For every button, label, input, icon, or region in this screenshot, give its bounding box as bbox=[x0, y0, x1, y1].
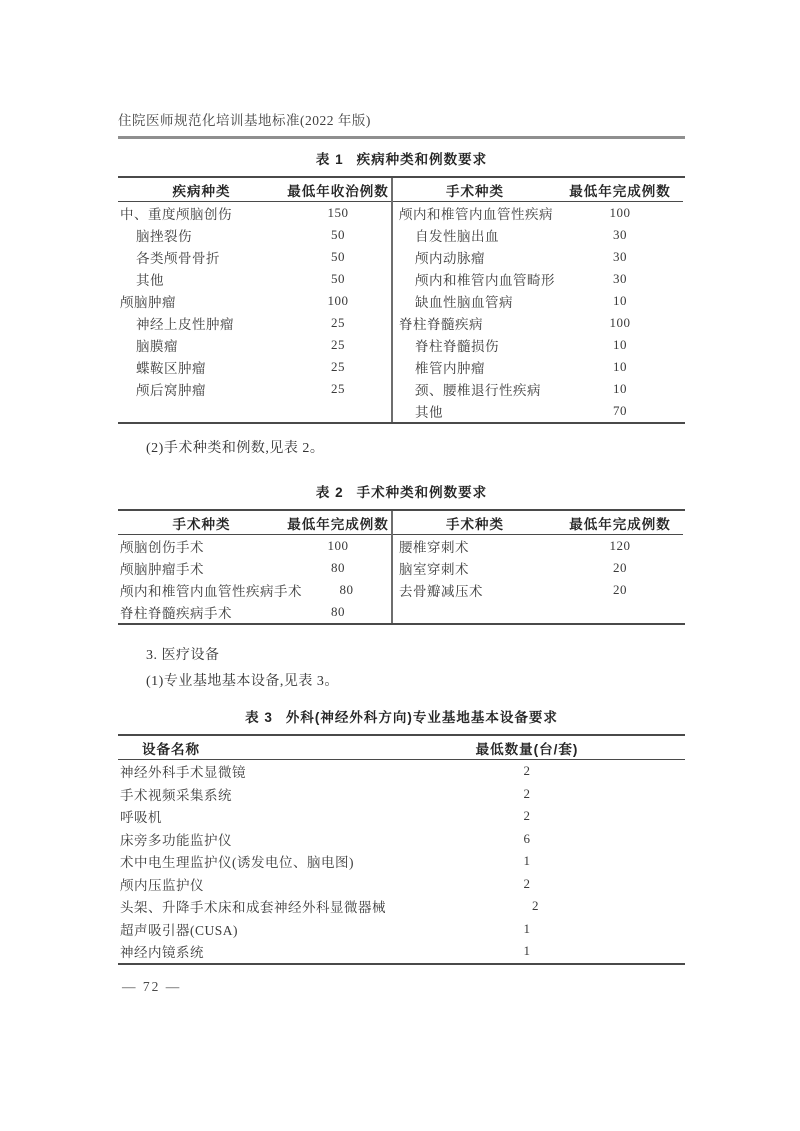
table-row: 颈、腰椎退行性疾病10 bbox=[393, 378, 683, 400]
column-header-min-completed: 最低年完成例数 bbox=[557, 513, 683, 533]
row-value: 2 bbox=[369, 808, 685, 824]
table-row: 脊柱脊髓疾病手术80 bbox=[118, 601, 391, 623]
row-value: 80 bbox=[285, 560, 391, 576]
row-value: 2 bbox=[369, 876, 685, 892]
table1-right-half: 手术种类 最低年完成例数 颅内和椎管内血管性疾病100 自发性脑出血30 颅内动… bbox=[393, 178, 683, 422]
row-value: 25 bbox=[285, 359, 391, 375]
section-heading-equipment: 3. 医疗设备 bbox=[118, 647, 685, 665]
row-label: 神经外科手术显微镜 bbox=[118, 761, 369, 781]
table-row: 蝶鞍区肿瘤25 bbox=[118, 356, 391, 378]
row-label: 脑挫裂伤 bbox=[118, 225, 285, 245]
paragraph-equipment-intro: (1)专业基地基本设备,见表 3。 bbox=[118, 673, 685, 691]
row-value: 20 bbox=[557, 582, 683, 598]
table-row: 其他70 bbox=[393, 400, 683, 422]
table-row: 脑膜瘤25 bbox=[118, 334, 391, 356]
table3-caption-label: 表 3 bbox=[245, 710, 273, 725]
row-value: 25 bbox=[285, 337, 391, 353]
table-row: 神经内镜系统1 bbox=[118, 940, 685, 963]
row-label: 头架、升降手术床和成套神经外科显微器械 bbox=[118, 896, 386, 916]
table1-right-header-row: 手术种类 最低年完成例数 bbox=[393, 178, 683, 202]
row-label: 椎管内肿瘤 bbox=[393, 357, 557, 377]
row-label: 颅内和椎管内血管性疾病 bbox=[393, 203, 557, 223]
column-header-min-admissions: 最低年收治例数 bbox=[285, 180, 391, 200]
row-value: 50 bbox=[285, 227, 391, 243]
page-content: 住院医师规范化培训基地标准(2022 年版) 表 1疾病种类和例数要求 疾病种类… bbox=[118, 112, 685, 995]
column-header-min-completed: 最低年完成例数 bbox=[557, 180, 683, 200]
row-label: 颅脑创伤手术 bbox=[118, 536, 285, 556]
table-row: 颅内动脉瘤30 bbox=[393, 246, 683, 268]
table-row: 颅脑肿瘤100 bbox=[118, 290, 391, 312]
column-header-disease-type: 疾病种类 bbox=[118, 180, 285, 200]
row-value: 1 bbox=[369, 853, 685, 869]
table-row: 颅脑肿瘤手术80 bbox=[118, 557, 391, 579]
row-value: 100 bbox=[557, 205, 683, 221]
table-row: 术中电生理监护仪(诱发电位、脑电图)1 bbox=[118, 850, 685, 873]
row-label: 脊柱脊髓损伤 bbox=[393, 335, 557, 355]
table-row: 其他50 bbox=[118, 268, 391, 290]
row-value: 120 bbox=[557, 538, 683, 554]
row-label: 手术视频采集系统 bbox=[118, 784, 369, 804]
table1-caption-label: 表 1 bbox=[316, 152, 344, 167]
row-value: 1 bbox=[369, 943, 685, 959]
table-row: 脊柱脊髓疾病100 bbox=[393, 312, 683, 334]
header-rule bbox=[118, 136, 685, 139]
table-row: 脑挫裂伤50 bbox=[118, 224, 391, 246]
table-row: 颅内和椎管内血管畸形30 bbox=[393, 268, 683, 290]
column-header-surgery-type: 手术种类 bbox=[393, 513, 557, 533]
row-label: 各类颅骨骨折 bbox=[118, 247, 285, 267]
table2: 手术种类 最低年完成例数 颅脑创伤手术100 颅脑肿瘤手术80 颅内和椎管内血管… bbox=[118, 509, 685, 625]
column-header-min-completed: 最低年完成例数 bbox=[285, 513, 391, 533]
row-label: 自发性脑出血 bbox=[393, 225, 557, 245]
row-label: 呼吸机 bbox=[118, 806, 369, 826]
row-value: 100 bbox=[285, 538, 391, 554]
table-row: 去骨瓣减压术20 bbox=[393, 579, 683, 601]
row-label: 颅脑肿瘤手术 bbox=[118, 558, 285, 578]
row-label: 蝶鞍区肿瘤 bbox=[118, 357, 285, 377]
table-row: 自发性脑出血30 bbox=[393, 224, 683, 246]
row-value: 10 bbox=[557, 337, 683, 353]
row-label: 术中电生理监护仪(诱发电位、脑电图) bbox=[118, 851, 369, 871]
row-label: 其他 bbox=[393, 401, 557, 421]
column-header-equipment-name: 设备名称 bbox=[118, 738, 369, 758]
row-label: 颅内压监护仪 bbox=[118, 874, 369, 894]
row-value: 70 bbox=[557, 403, 683, 419]
row-value: 10 bbox=[557, 359, 683, 375]
table-row: 缺血性脑血管病10 bbox=[393, 290, 683, 312]
table1-caption-title: 疾病种类和例数要求 bbox=[357, 152, 488, 167]
row-value: 50 bbox=[285, 271, 391, 287]
table-row: 呼吸机2 bbox=[118, 805, 685, 828]
row-value: 6 bbox=[369, 831, 685, 847]
paragraph-surgery-intro: (2)手术种类和例数,见表 2。 bbox=[118, 440, 685, 458]
row-label: 神经内镜系统 bbox=[118, 941, 369, 961]
row-label: 颅内和椎管内血管畸形 bbox=[393, 269, 557, 289]
row-value: 100 bbox=[557, 315, 683, 331]
table3-header-row: 设备名称 最低数量(台/套) bbox=[118, 736, 685, 760]
row-value: 25 bbox=[285, 315, 391, 331]
row-value: 20 bbox=[557, 560, 683, 576]
row-label: 腰椎穿刺术 bbox=[393, 536, 557, 556]
table1-left-half: 疾病种类 最低年收治例数 中、重度颅脑创伤150 脑挫裂伤50 各类颅骨骨折50… bbox=[118, 178, 393, 422]
row-label: 脊柱脊髓疾病 bbox=[393, 313, 557, 333]
table-row: 脑室穿刺术20 bbox=[393, 557, 683, 579]
table-row: 手术视频采集系统2 bbox=[118, 783, 685, 806]
row-value: 10 bbox=[557, 381, 683, 397]
column-header-surgery-type: 手术种类 bbox=[118, 513, 285, 533]
table2-caption: 表 2手术种类和例数要求 bbox=[118, 484, 685, 502]
row-value: 80 bbox=[285, 604, 391, 620]
row-label: 颅内和椎管内血管性疾病手术 bbox=[118, 580, 302, 600]
table-row: 超声吸引器(CUSA)1 bbox=[118, 918, 685, 941]
table3-caption-title: 外科(神经外科方向)专业基地基本设备要求 bbox=[286, 710, 558, 725]
row-label: 床旁多功能监护仪 bbox=[118, 829, 369, 849]
table1: 疾病种类 最低年收治例数 中、重度颅脑创伤150 脑挫裂伤50 各类颅骨骨折50… bbox=[118, 176, 685, 424]
row-value: 1 bbox=[369, 921, 685, 937]
table-row: 颅内和椎管内血管性疾病手术80 bbox=[118, 579, 391, 601]
table2-caption-label: 表 2 bbox=[316, 485, 344, 500]
row-label: 脊柱脊髓疾病手术 bbox=[118, 602, 285, 622]
table2-left-header-row: 手术种类 最低年完成例数 bbox=[118, 511, 391, 535]
row-label: 中、重度颅脑创伤 bbox=[118, 203, 285, 223]
row-value: 50 bbox=[285, 249, 391, 265]
column-header-surgery-type: 手术种类 bbox=[393, 180, 557, 200]
table-row: 腰椎穿刺术120 bbox=[393, 535, 683, 557]
column-header-min-quantity: 最低数量(台/套) bbox=[369, 738, 685, 758]
table-row: 脊柱脊髓损伤10 bbox=[393, 334, 683, 356]
table3: 设备名称 最低数量(台/套) 神经外科手术显微镜2 手术视频采集系统2 呼吸机2… bbox=[118, 734, 685, 965]
table-row: 头架、升降手术床和成套神经外科显微器械2 bbox=[118, 895, 685, 918]
row-label: 颅后窝肿瘤 bbox=[118, 379, 285, 399]
row-value: 80 bbox=[302, 582, 391, 598]
row-value: 30 bbox=[557, 249, 683, 265]
document-page: 住院医师规范化培训基地标准(2022 年版) 表 1疾病种类和例数要求 疾病种类… bbox=[0, 0, 800, 1131]
row-value: 100 bbox=[285, 293, 391, 309]
table-row: 神经外科手术显微镜2 bbox=[118, 760, 685, 783]
row-label: 颅内动脉瘤 bbox=[393, 247, 557, 267]
table-row: 椎管内肿瘤10 bbox=[393, 356, 683, 378]
row-value: 150 bbox=[285, 205, 391, 221]
row-value: 25 bbox=[285, 381, 391, 397]
table2-caption-title: 手术种类和例数要求 bbox=[357, 485, 488, 500]
row-value: 2 bbox=[386, 898, 685, 914]
running-header: 住院医师规范化培训基地标准(2022 年版) bbox=[118, 112, 685, 130]
row-value: 2 bbox=[369, 763, 685, 779]
table3-caption: 表 3外科(神经外科方向)专业基地基本设备要求 bbox=[118, 709, 685, 727]
table-row: 各类颅骨骨折50 bbox=[118, 246, 391, 268]
table-row: 床旁多功能监护仪6 bbox=[118, 828, 685, 851]
table2-right-header-row: 手术种类 最低年完成例数 bbox=[393, 511, 683, 535]
table-row: 颅内压监护仪2 bbox=[118, 873, 685, 896]
table-row: 颅内和椎管内血管性疾病100 bbox=[393, 202, 683, 224]
row-label: 脑膜瘤 bbox=[118, 335, 285, 355]
page-number: — 72 — bbox=[118, 979, 685, 995]
row-value: 2 bbox=[369, 786, 685, 802]
table1-left-header-row: 疾病种类 最低年收治例数 bbox=[118, 178, 391, 202]
row-label: 颈、腰椎退行性疾病 bbox=[393, 379, 557, 399]
table-row: 神经上皮性肿瘤25 bbox=[118, 312, 391, 334]
row-label: 去骨瓣减压术 bbox=[393, 580, 557, 600]
table2-left-half: 手术种类 最低年完成例数 颅脑创伤手术100 颅脑肿瘤手术80 颅内和椎管内血管… bbox=[118, 511, 393, 623]
row-value: 30 bbox=[557, 227, 683, 243]
row-value: 10 bbox=[557, 293, 683, 309]
row-label: 其他 bbox=[118, 269, 285, 289]
table2-right-half: 手术种类 最低年完成例数 腰椎穿刺术120 脑室穿刺术20 去骨瓣减压术20 bbox=[393, 511, 683, 623]
row-label: 颅脑肿瘤 bbox=[118, 291, 285, 311]
table-row: 颅脑创伤手术100 bbox=[118, 535, 391, 557]
table1-caption: 表 1疾病种类和例数要求 bbox=[118, 151, 685, 169]
row-label: 超声吸引器(CUSA) bbox=[118, 919, 369, 939]
row-label: 缺血性脑血管病 bbox=[393, 291, 557, 311]
row-label: 脑室穿刺术 bbox=[393, 558, 557, 578]
row-label: 神经上皮性肿瘤 bbox=[118, 313, 285, 333]
table-row: 颅后窝肿瘤25 bbox=[118, 378, 391, 400]
table-row: 中、重度颅脑创伤150 bbox=[118, 202, 391, 224]
row-value: 30 bbox=[557, 271, 683, 287]
